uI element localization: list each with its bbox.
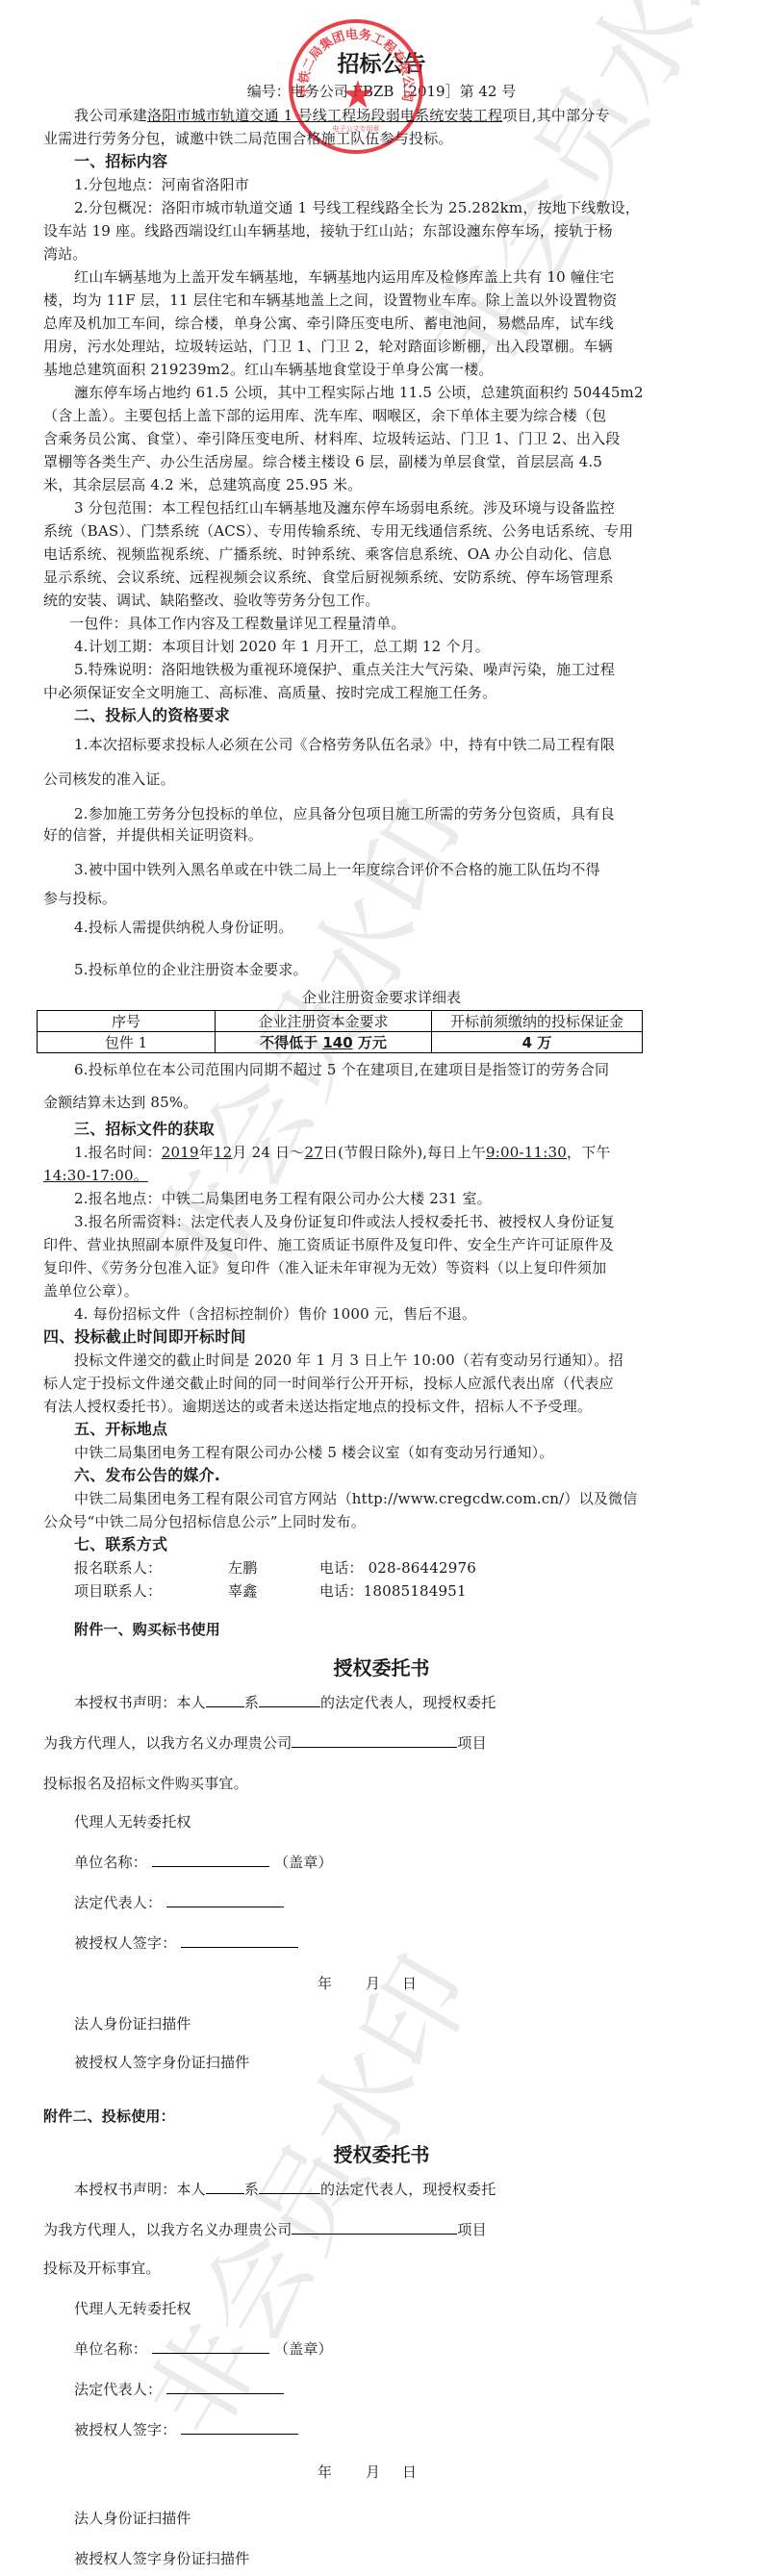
section-heading: 七、联系方式 — [74, 1535, 671, 1554]
legal-rep-field: 法定代表人： — [74, 2380, 671, 2399]
registration-time-pm: 14:30-17:00。 — [43, 1166, 640, 1185]
registered-capital-table: 序号 企业注册资本金要求 开标前须缴纳的投标保证金 包件 1 不得低于 140 … — [37, 1010, 643, 1053]
text-line: 4.投标人需提供纳税人身份证明。 — [74, 918, 671, 937]
text-line: 公司核发的准入证。 — [43, 770, 640, 789]
authorization-declaration: 本授权书声明：本人系的法定代表人，现授权委托 — [74, 2180, 671, 2199]
attachment-title: 授权委托书 — [0, 2139, 763, 2167]
signee-blank[interactable] — [181, 1933, 298, 1948]
project-blank[interactable] — [292, 2220, 457, 2235]
project-blank[interactable] — [292, 1733, 457, 1748]
name-blank[interactable] — [206, 1693, 244, 1707]
text-line: 法人身份证扫描件 — [74, 2014, 671, 2033]
table-header: 序号 — [38, 1011, 216, 1032]
text-line: 湾站。 — [43, 244, 640, 264]
unit-name-blank[interactable] — [152, 1853, 269, 1867]
registration-time: 1.报名时间：2019年12月 24 日～27日(节假日除外),每日上午9:00… — [74, 1143, 671, 1162]
text-line: 参与投标。 — [43, 889, 640, 908]
name-blank[interactable] — [206, 2180, 244, 2194]
text-line: 盖单位公章）。 — [43, 1281, 640, 1301]
intro-line: 业需进行劳务分包，诚邀中铁二局范围合格施工队伍参与投标。 — [43, 129, 640, 148]
section-heading: 二、投标人的资格要求 — [74, 706, 671, 725]
section-heading: 一、招标内容 — [74, 152, 671, 171]
contact-row: 项目联系人：辜鑫电话：18085184951 — [74, 1581, 671, 1601]
company-blank[interactable] — [259, 1693, 320, 1707]
text-line: 米，其余层层高 4.2 米，总建筑高度 25.95 米。 — [43, 475, 640, 494]
text-line: 用房，污水处理站，垃圾转运站，门卫 1、门卫 2，轮对踏面诊断棚，出入段罩棚。车… — [43, 337, 640, 356]
text-line: 5.投标单位的企业注册资本金要求。 — [74, 960, 671, 979]
unit-name-field: 单位名称： （盖章） — [74, 1853, 671, 1872]
text-line: 印件、营业执照副本原件及复印件、施工资质证书原件及复印件、安全生产许可证原件及 — [43, 1235, 640, 1254]
text-line: 4.计划工期：本项目计划 2020 年 1 月开工，总工期 12 个月。 — [74, 637, 671, 656]
text-line: 中必须保证安全文明施工、高标准、高质量、按时完成工程施工任务。 — [43, 683, 640, 702]
attachment-title: 授权委托书 — [0, 1653, 763, 1680]
attachment-heading: 附件一、购买标书使用 — [74, 1620, 671, 1639]
section-heading: 四、投标截止时间即开标时间 — [43, 1327, 640, 1347]
section-heading: 六、发布公告的媒介. — [74, 1466, 671, 1485]
text-line: 被授权人签字身份证扫描件 — [74, 2549, 671, 2568]
text-line: 6.投标单位在本公司范围内同期不超过 5 个在建项目,在建项目是指签订的劳务合同 — [74, 1060, 671, 1079]
text-line: 金额结算未达到 85%。 — [43, 1093, 640, 1112]
legal-rep-field: 法定代表人： — [74, 1893, 671, 1912]
text-line: 代理人无转委托权 — [74, 2299, 671, 2318]
text-line: 2.分包概况：洛阳市城市轨道交通 1 号线工程线路全长为 25.282km，按地… — [74, 198, 671, 217]
signee-blank[interactable] — [181, 2420, 298, 2435]
text-line: 好的信誉，并提供相关证明资料。 — [43, 825, 640, 845]
text-line: 中铁二局集团电务工程有限公司官方网站（http://www.cregcdw.co… — [74, 1489, 671, 1508]
contact-row: 报名联系人：左鹏电话： 028-86442976 — [74, 1558, 671, 1578]
text-line: 投标报名及招标文件购买事宜。 — [43, 1774, 640, 1793]
date-line: 年月日 — [318, 1974, 763, 1993]
text-line: 法人身份证扫描件 — [74, 2509, 671, 2528]
document-number: 编号：电务公司 FBZB［2019］第 42 号 — [0, 81, 763, 101]
text-line: 3 分包范围：本工程包括红山车辆基地及瀍东停车场弱电系统。涉及环境与设备监控 — [74, 498, 671, 518]
table-header: 开标前须缴纳的投标保证金 — [432, 1011, 643, 1032]
authorization-declaration: 为我方代理人，以我方名义办理贵公司项目 — [43, 2220, 640, 2239]
signee-field: 被授权人签字： — [74, 1933, 671, 1953]
table-cell: 不得低于 140 万元 — [216, 1032, 432, 1053]
table-row: 包件 1 不得低于 140 万元 4 万 — [38, 1032, 643, 1053]
text-line: 投标及开标事宜。 — [43, 2259, 640, 2278]
document-page: 非会员水印 非会员水印 非会员水印 招标公告 编号：电务公司 FBZB［2019… — [0, 0, 763, 2576]
text-line: 系统（BAS）、门禁系统（ACS）、专用传输系统、专用无线通信系统、公务电话系统… — [43, 521, 640, 541]
table-cell: 4 万 — [432, 1032, 643, 1053]
text-line: 标人定于投标文件递交截止时间的同一时间举行公开开标，投标人应派代表出席（代表应 — [43, 1374, 640, 1393]
text-line: （含上盖）。主要包括上盖下部的运用库、洗车库、咽喉区，余下单体主要为综合楼（包 — [43, 406, 640, 425]
text-line: 复印件、《劳务分包准入证》复印件（准入证未年审视为无效）等资料（以上复印件须加 — [43, 1258, 640, 1277]
text-line: 显示系统、会议系统、远程视频会议系统、食堂后厨视频系统、安防系统、停车场管理系 — [43, 568, 640, 587]
text-line: 2.报名地点：中铁二局集团电务工程有限公司办公大楼 231 室。 — [74, 1189, 671, 1208]
text-line: 1.本次招标要求投标人必须在公司《合格劳务队伍名录》中，持有中铁二局工程有限 — [74, 735, 671, 754]
table-header: 企业注册资本金要求 — [216, 1011, 432, 1032]
text-line: 被授权人签字身份证扫描件 — [74, 2053, 671, 2072]
text-line: 红山车辆基地为上盖开发车辆基地，车辆基地内运用库及检修库盖上共有 10 幢住宅 — [74, 267, 671, 287]
authorization-declaration: 为我方代理人，以我方名义办理贵公司项目 — [43, 1733, 640, 1753]
attachment-heading: 附件二、投标使用： — [43, 2107, 640, 2126]
section-heading: 三、招标文件的获取 — [74, 1120, 671, 1139]
text-line: 基地总建筑面积 219239m2。红山车辆基地食堂设于单身公寓一楼。 — [43, 360, 640, 379]
text-line: 罩棚等各类生产、办公生活房屋。综合楼主楼设 6 层，副楼为单层食堂，首层层高 4… — [43, 452, 640, 471]
text-line: 代理人无转委托权 — [74, 1812, 671, 1831]
text-line: 3.被中国中铁列入黑名单或在中铁二局上一年度综合评价不合格的施工队伍均不得 — [74, 860, 671, 879]
text-line: 公众号“中铁二局分包招标信息公示”上同时发布。 — [43, 1512, 640, 1531]
text-line: 电话系统、视频监视系统、广播系统、时钟系统、乘客信息系统、OA 办公自动化、信息 — [43, 544, 640, 564]
authorization-declaration: 本授权书声明：本人系的法定代表人，现授权委托 — [74, 1693, 671, 1712]
text-line: 设车站 19 座。线路西端设红山车辆基地，接轨于红山站；东部设瀍东停车场，接轨于… — [43, 221, 640, 240]
page-title: 招标公告 — [0, 46, 763, 78]
legal-rep-blank[interactable] — [166, 1893, 284, 1907]
text-line: 4. 每份招标文件（含招标控制价）售价 1000 元，售后不退。 — [74, 1304, 671, 1324]
unit-name-blank[interactable] — [152, 2339, 269, 2354]
signee-field: 被授权人签字： — [74, 2420, 671, 2439]
text-line: 含乘务员公寓、食堂）、牵引降压变电所、材料库、垃圾转运站、门卫 1、门卫 2、出… — [43, 429, 640, 448]
text-line: 有法人授权委托书）。逾期送达的或者未送达指定地点的投标文件，招标人不予受理。 — [43, 1397, 640, 1416]
section-heading: 五、开标地点 — [74, 1420, 671, 1439]
text-line: 2.参加施工劳务分包投标的单位，应具备分包项目施工所需的劳务分包资质，具有良 — [74, 804, 671, 823]
unit-name-field: 单位名称： （盖章） — [74, 2339, 671, 2359]
table-cell: 包件 1 — [38, 1032, 216, 1053]
text-line: 中铁二局集团电务工程有限公司办公楼 5 楼会议室（如有变动另行通知）。 — [74, 1443, 671, 1462]
text-line: 瀍东停车场占地约 61.5 公顷，其中工程实际占地 11.5 公顷，总建筑面积约… — [74, 383, 671, 402]
table-caption: 企业注册资金要求详细表 — [0, 987, 763, 1007]
text-line: 一包件：具体工作内容及工程数量详见工程量清单。 — [69, 614, 666, 633]
text-line: 3.报名所需资料：法定代表人及身份证复印件或法人授权委托书、被授权人身份证复 — [74, 1212, 671, 1231]
text-line: 楼，均为 11F 层，11 层住宅和车辆基地盖上之间，设置物业车库。除上盖以外设… — [43, 290, 640, 310]
date-line: 年月日 — [318, 2462, 763, 2482]
table-header-row: 序号 企业注册资本金要求 开标前须缴纳的投标保证金 — [38, 1011, 643, 1032]
text-line: 总库及机加工车间，综合楼，单身公寓、牵引降压变电所、蓄电池间，易燃品库，试车线 — [43, 314, 640, 333]
intro-paragraph: 我公司承建洛阳市城市轨道交通 1 号线工程场段弱电系统安装工程项目,其中部分专 — [74, 106, 671, 125]
legal-rep-blank[interactable] — [166, 2380, 284, 2394]
text-line: 1.分包地点：河南省洛阳市 — [74, 175, 671, 194]
text-line: 5.特殊说明：洛阳地铁极为重视环境保护、重点关注大气污染、噪声污染，施工过程 — [74, 660, 671, 679]
company-blank[interactable] — [259, 2180, 320, 2194]
text-line: 投标文件递交的截止时间是 2020 年 1 月 3 日上午 10:00（若有变动… — [74, 1351, 671, 1370]
text-line: 统的安装、调试、缺陷整改、验收等劳务分包工作。 — [43, 591, 640, 610]
